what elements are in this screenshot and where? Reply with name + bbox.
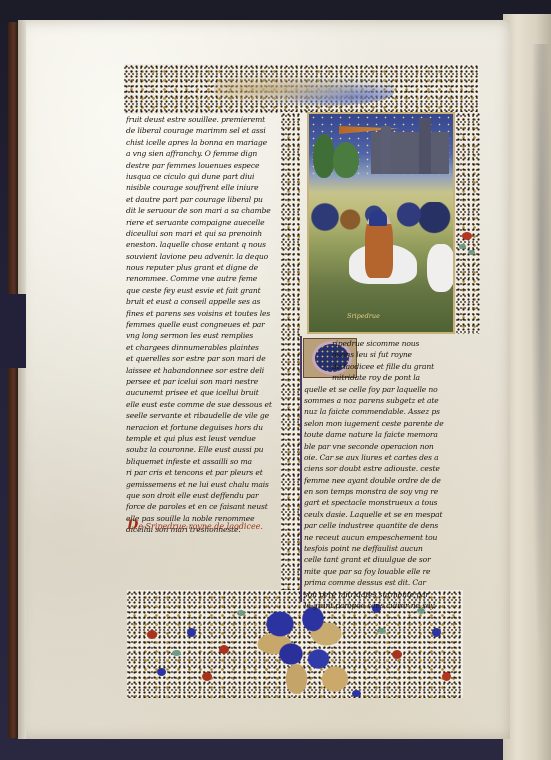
text-line: chist icelle apres la bonna en mariage (126, 137, 280, 148)
red-flower-icon (462, 232, 472, 240)
text-line: toute dame nature la faicte memora (304, 429, 456, 440)
blue-flower-icon (187, 628, 196, 637)
castle (371, 132, 449, 174)
text-line: son pere mitridates surmonte par (304, 589, 456, 600)
text-line: iusqua ce ciculo qui dune part diui (126, 171, 280, 182)
binding-edge (8, 22, 18, 738)
tree (333, 142, 359, 178)
text-line: a vng sien affranchy. O femme dign (126, 148, 280, 159)
text-line: soubz la couronne. Elle eust aussi pu (126, 444, 280, 455)
red-flower-icon (442, 672, 451, 681)
text-line: neracion et fortune deguises hors du (126, 422, 280, 433)
queen-veil (369, 210, 387, 226)
text-line: fruit deust estre souillee. premieremt (126, 114, 280, 125)
text-line: et querelles sor estre par son mari de (126, 353, 280, 364)
text-line: ripedrue sicomme nous (304, 338, 456, 349)
text-line: mite que par sa foy louable elle re (304, 566, 456, 577)
right-vine-border (456, 112, 480, 334)
text-line: souvient lavione peu advenir. la dequo (126, 251, 280, 262)
text-line: laissee et habandonnee sor estre deli (126, 365, 280, 376)
text-line: par celle industree quantite de dens (304, 520, 456, 531)
text-line: ceulx dasie. Laquelle et se en mespat (304, 509, 456, 520)
page-gutter (18, 20, 26, 739)
leaf-icon (377, 628, 386, 634)
text-line: celle tant grant et diuulgue de sor (304, 554, 456, 565)
text-line: mitridate roy de pont la (304, 372, 456, 383)
text-line: auons leu si fut royne (304, 349, 456, 360)
text-line: bruit et eust a conseil appelle ses as (126, 296, 280, 307)
text-line: fines et parens ses voisins et toutes le… (126, 308, 280, 319)
text-line: gart et spectacle monstrueux a tous (304, 497, 456, 508)
leaf-icon (459, 244, 466, 249)
background-notch (0, 294, 26, 368)
red-flower-icon (392, 650, 402, 659)
page-edges-right (503, 14, 551, 760)
text-line: en son temps monstra de soy vng re (304, 486, 456, 497)
miniature-caption: Sripedrue (347, 312, 380, 320)
text-line: temple et qui plus est leust vendue (126, 433, 280, 444)
text-line: destre par femmes louenues espece (126, 160, 280, 171)
text-line: ciens sor doubt estre adiouste. ceste (304, 463, 456, 474)
text-line: de liberal courage marimm sel et assi (126, 125, 280, 136)
text-line: de laodicee et fille du grant (304, 361, 456, 372)
column-rule (300, 336, 302, 602)
text-line: oie. Car se aux liures et cartes des a (304, 452, 456, 463)
red-flower-icon (219, 645, 229, 654)
blue-flower-icon (157, 668, 166, 676)
text-line: nuz la faicte commendable. Assez ps (304, 406, 456, 417)
red-flower-icon (147, 630, 157, 639)
text-line: tesfois point ne deffaulist aucun (304, 543, 456, 554)
text-line: le grant pompee sans cuirer ne soy (304, 600, 456, 611)
text-line: femmes quelle eust congneues et par (126, 319, 280, 330)
leaf-icon (468, 250, 475, 255)
text-line: elle eust este comme de sue dessous et (126, 399, 280, 410)
text-line: et chargees dinnumerables plaintes (126, 342, 280, 353)
text-line: seelle servante et ribaudelle de vile ge (126, 410, 280, 421)
text-line: que ceste fey eust esvie et fait grant (126, 285, 280, 296)
text-line: aucunemt prisee et que icellui bruit (126, 387, 280, 398)
text-line: sommes a noz parens subgetz et ate (304, 395, 456, 406)
text-line: selon mon iugement ceste parente de (304, 418, 456, 429)
column-divider-border (281, 112, 300, 600)
miniature-painting: Sripedrue (307, 112, 455, 334)
right-text-column: ripedrue sicomme nous auons leu si fut r… (304, 338, 456, 611)
rubric-initial: D (127, 518, 138, 533)
red-flower-icon (202, 672, 212, 681)
chapter-rubric: De Sripedrue royne de laodicee. (127, 518, 277, 533)
text-line: riere et seruante compaigne auecelle (126, 217, 280, 228)
text-line: et dautre part par courage liberal pu (126, 194, 280, 205)
text-line: eneston. laquelle chose entant q nous (126, 239, 280, 250)
text-line: femme nee ayant double ordre de de (304, 475, 456, 486)
tree (313, 134, 335, 178)
text-line: nisible courage souffrent elle iniure (126, 182, 280, 193)
text-line: dit le seruour de son mari a sa chambe (126, 205, 280, 216)
text-line: prima comme dessus est dit. Car (304, 577, 456, 588)
text-line: diceullui son mari et qui sa prenoinh (126, 228, 280, 239)
blue-flower-icon (352, 690, 361, 697)
text-line: renommee. Comme vne autre feme (126, 273, 280, 284)
leaf-icon (237, 610, 245, 616)
text-line: nous reputer plus grant et digne de (126, 262, 280, 273)
text-line: ri par cris et tencons et par pleurs et (126, 467, 280, 478)
text-line: ne receut aucun empeschement tou (304, 532, 456, 543)
white-horse (427, 244, 455, 292)
text-line: persee et par icelui son mari nestre (126, 376, 280, 387)
acanthus-flourish (214, 72, 394, 106)
text-line: vng long sermon les eust remplies (126, 330, 280, 341)
blue-flower-icon (432, 628, 441, 637)
leaf-icon (172, 650, 181, 656)
top-decorated-border (124, 64, 479, 114)
rubric-title: e Sripedrue royne de laodicee. (138, 522, 263, 531)
left-text-column: fruit deust estre souillee. premieremt d… (126, 114, 280, 535)
text-line: quelle et se celle foy par laquelle no (304, 384, 456, 395)
text-line: bliquemet infeste et assailli so ma (126, 456, 280, 467)
text-line: ble par vne seconde operacion non (304, 441, 456, 452)
